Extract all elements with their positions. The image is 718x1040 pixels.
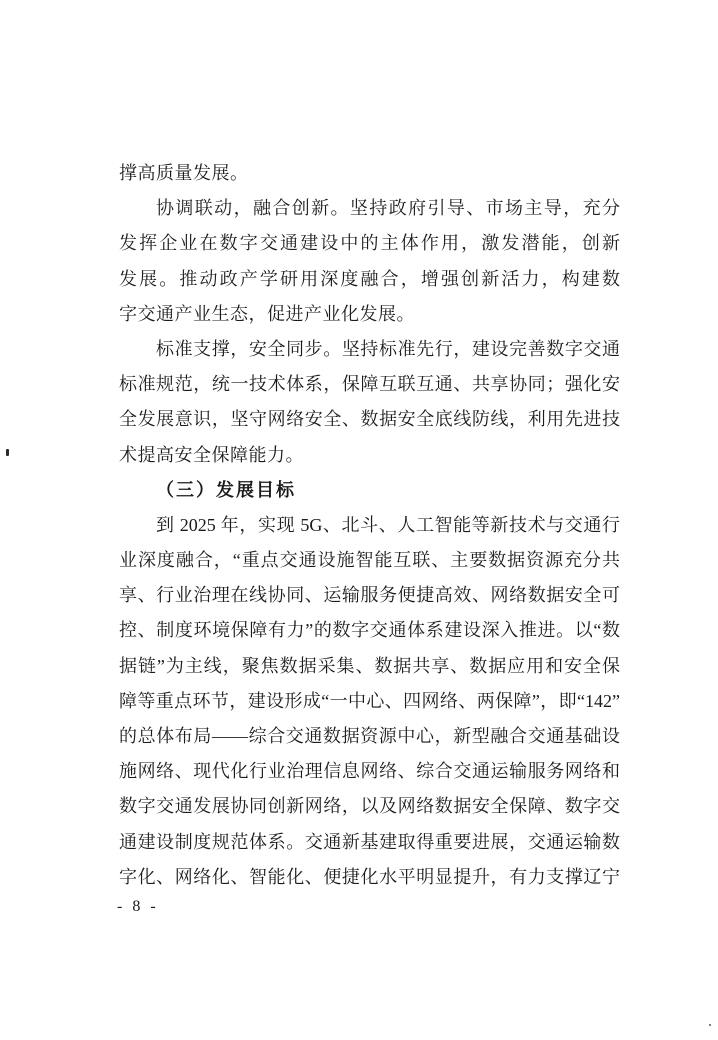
text-line: 障等重点环节，建设形成“一中心、四网络、两保障”，即“142” bbox=[119, 684, 620, 719]
section-heading: （三）发展目标 bbox=[119, 473, 620, 508]
scan-artifact-bottom-right bbox=[709, 1024, 711, 1026]
text-line: 到 2025 年，实现 5G、北斗、人工智能等新技术与交通行 bbox=[119, 508, 620, 543]
text-line: 全发展意识，坚守网络安全、数据安全底线防线，利用先进技 bbox=[119, 402, 620, 437]
text-line: 字交通产业生态，促进产业化发展。 bbox=[119, 297, 620, 332]
document-body: 撑高质量发展。协调联动，融合创新。坚持政府引导、市场主导，充分发挥企业在数字交通… bbox=[119, 156, 620, 895]
document-page: 撑高质量发展。协调联动，融合创新。坚持政府引导、市场主导，充分发挥企业在数字交通… bbox=[0, 0, 718, 1040]
text-line: 标准规范，统一技术体系，保障互联互通、共享协同；强化安 bbox=[119, 367, 620, 402]
text-line: 发展。推动政产学研用深度融合，增强创新活力，构建数 bbox=[119, 262, 620, 297]
text-line: 字化、网络化、智能化、便捷化水平明显提升，有力支撑辽宁 bbox=[119, 860, 620, 895]
text-line: 撑高质量发展。 bbox=[119, 156, 620, 191]
text-line: 据链”为主线，聚焦数据采集、数据共享、数据应用和安全保 bbox=[119, 649, 620, 684]
text-line: 业深度融合，“重点交通设施智能互联、主要数据资源充分共 bbox=[119, 543, 620, 578]
scan-artifact-left-edge bbox=[6, 449, 9, 456]
text-line: 标准支撑，安全同步。坚持标准先行，建设完善数字交通 bbox=[119, 332, 620, 367]
text-line: 的总体布局——综合交通数据资源中心，新型融合交通基础设 bbox=[119, 719, 620, 754]
text-line: 通建设制度规范体系。交通新基建取得重要进展，交通运输数 bbox=[119, 825, 620, 860]
text-line: 术提高安全保障能力。 bbox=[119, 438, 620, 473]
text-line: 施网络、现代化行业治理信息网络、综合交通运输服务网络和 bbox=[119, 754, 620, 789]
text-line: 数字交通发展协同创新网络，以及网络数据安全保障、数字交 bbox=[119, 789, 620, 824]
page-number: - 8 - bbox=[117, 895, 159, 919]
text-line: 享、行业治理在线协同、运输服务便捷高效、网络数据安全可 bbox=[119, 578, 620, 613]
text-line: 协调联动，融合创新。坚持政府引导、市场主导，充分 bbox=[119, 191, 620, 226]
text-line: 发挥企业在数字交通建设中的主体作用，激发潜能，创新 bbox=[119, 226, 620, 261]
text-line: 控、制度环境保障有力”的数字交通体系建设深入推进。以“数 bbox=[119, 613, 620, 648]
